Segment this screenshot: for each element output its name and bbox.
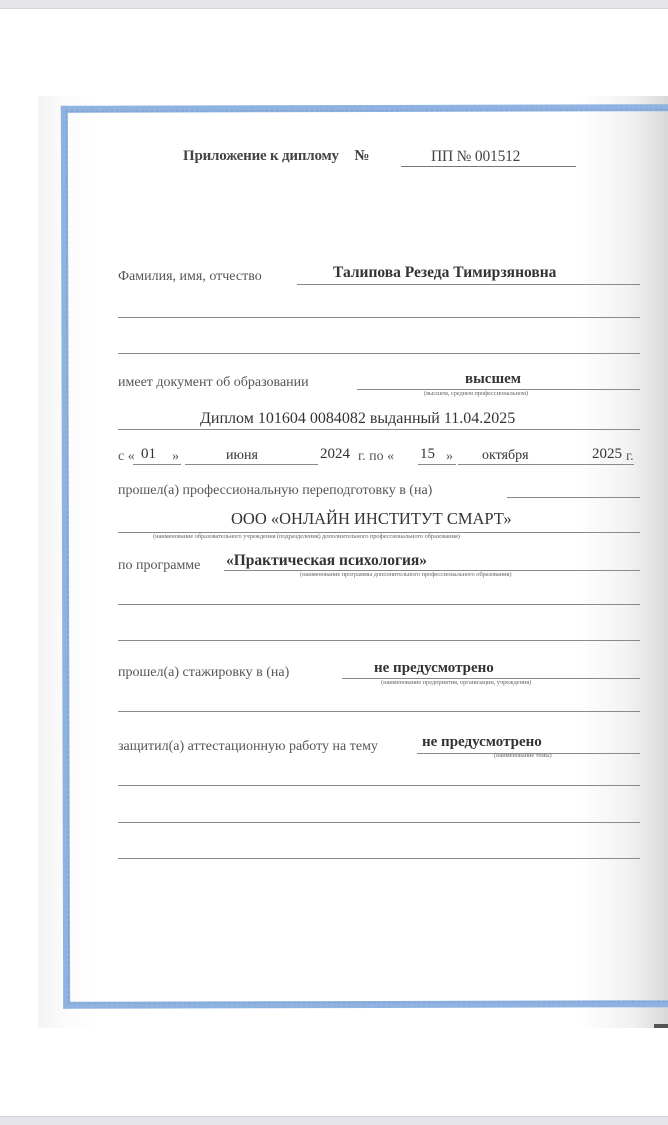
period-to-prefix: г. по « <box>358 449 394 465</box>
institution-value: ООО «ОНЛАЙН ИНСТИТУТ СМАРТ» <box>231 509 512 529</box>
retraining-underline <box>507 497 640 498</box>
fio-underline <box>297 284 640 285</box>
education-value: высшем <box>465 371 521 388</box>
period-year-suffix: г. <box>626 449 634 465</box>
retraining-label: прошел(а) профессиональную переподготовк… <box>118 483 432 499</box>
from-year: 2024 <box>320 446 350 463</box>
blank-line <box>118 317 640 318</box>
to-month: октября <box>482 448 529 464</box>
institution-hint: (наименование образовательного учреждени… <box>153 533 460 540</box>
program-label: по программе <box>118 558 200 574</box>
fio-value: Талипова Резеда Тимирзяновна <box>333 264 556 282</box>
viewer-bottom-bar <box>0 1116 668 1125</box>
from-month: июня <box>226 448 258 464</box>
program-hint: (наименование программы дополнительного … <box>300 571 511 578</box>
blank-line <box>118 822 640 823</box>
thesis-label: защитил(а) аттестационную работу на тему <box>118 739 378 755</box>
thesis-value: не предусмотрено <box>422 734 542 751</box>
blank-line <box>118 353 640 354</box>
fio-label: Фамилия, имя, отчество <box>118 269 262 285</box>
blank-line <box>118 640 640 641</box>
to-day: 15 <box>420 446 435 463</box>
number-sign: № <box>354 148 369 164</box>
blank-line <box>118 711 640 712</box>
to-year: 2025 <box>592 446 622 463</box>
period-from-suffix: » <box>172 449 179 465</box>
blank-line <box>118 604 640 605</box>
period-from-prefix: с « <box>118 449 135 465</box>
blank-line <box>118 858 640 859</box>
diploma-supplement-form: Приложение к диплому № ПП № 001512 Фамил… <box>0 0 668 1125</box>
from-day: 01 <box>141 446 156 463</box>
internship-hint: (наименование предприятия, организации, … <box>381 679 531 686</box>
document-title: Приложение к диплому № ПП № 001512 <box>183 148 369 165</box>
education-hint: (высшем, среднем профессиональном) <box>424 390 528 397</box>
internship-value: не предусмотрено <box>374 660 494 677</box>
internship-label: прошел(а) стажировку в (на) <box>118 665 289 681</box>
blank-line <box>118 785 640 786</box>
thesis-hint: (наименование темы) <box>494 752 552 759</box>
program-value: «Практическая психология» <box>226 552 427 570</box>
supplement-number: ПП № 001512 <box>401 148 576 167</box>
period-to-suffix: » <box>446 449 453 465</box>
to-month-underline <box>458 464 634 465</box>
diploma-value: Диплом 101604 0084082 выданный 11.04.202… <box>200 410 515 428</box>
diploma-underline <box>118 429 640 430</box>
title-label: Приложение к диплому <box>183 148 339 164</box>
education-label: имеет документ об образовании <box>118 375 309 391</box>
from-month-underline <box>185 464 318 465</box>
